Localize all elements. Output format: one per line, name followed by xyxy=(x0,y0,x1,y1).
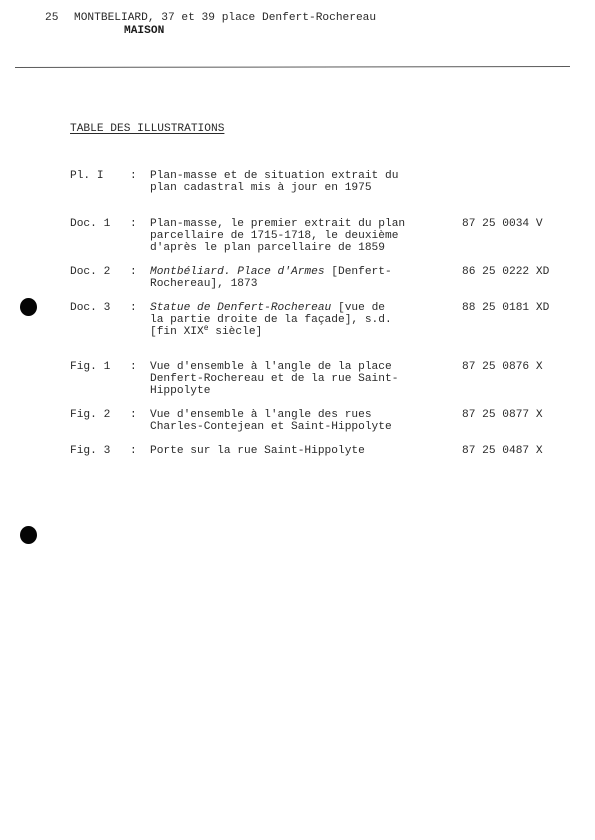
entry-separator: : xyxy=(130,302,137,314)
description-line: plan cadastral mis à jour en 1975 xyxy=(150,182,440,194)
entry-description: Plan-masse et de situation extrait du pl… xyxy=(150,170,440,194)
description-line: d'après le plan parcellaire de 1859 xyxy=(150,242,440,254)
entry-label: Doc. 2 xyxy=(70,266,110,278)
entry-description: Statue de Denfert-Rochereau [vue de la p… xyxy=(150,302,440,338)
entry-label: Pl. I xyxy=(70,170,104,182)
description-line: Montbéliard. Place d'Armes [Denfert- xyxy=(150,266,440,278)
entry-label: Doc. 3 xyxy=(70,302,110,314)
entry-reference: 88 25 0181 XD xyxy=(462,302,549,314)
location-title: MONTBELIARD, 37 et 39 place Denfert-Roch… xyxy=(74,12,376,24)
date-suffix: siècle] xyxy=(209,326,263,338)
entry-reference: 86 25 0222 XD xyxy=(462,266,549,278)
description-line: Rochereau], 1873 xyxy=(150,278,440,290)
building-type: MAISON xyxy=(124,25,164,37)
entry-description: Porte sur la rue Saint-Hippolyte xyxy=(150,445,440,457)
description-line: la partie droite de la façade], s.d. xyxy=(150,314,440,326)
entry-label: Fig. 2 xyxy=(70,409,110,421)
punch-hole-icon xyxy=(20,526,37,544)
entry-separator: : xyxy=(130,409,137,421)
entry-description: Montbéliard. Place d'Armes [Denfert- Roc… xyxy=(150,266,440,290)
header-divider xyxy=(15,66,570,68)
entry-separator: : xyxy=(130,218,137,230)
title-note: [Denfert- xyxy=(325,266,392,278)
punch-hole-icon xyxy=(20,298,37,316)
description-line: Vue d'ensemble à l'angle de la place xyxy=(150,361,440,373)
entry-separator: : xyxy=(130,445,137,457)
description-line: Statue de Denfert-Rochereau [vue de xyxy=(150,302,440,314)
entry-separator: : xyxy=(130,361,137,373)
entry-reference: 87 25 0034 V xyxy=(462,218,543,230)
document-title: Statue de Denfert-Rochereau xyxy=(150,302,331,314)
description-line: [fin XIXe siècle] xyxy=(150,326,440,338)
entry-reference: 87 25 0877 X xyxy=(462,409,543,421)
date-prefix: [fin XIX xyxy=(150,326,204,338)
description-line: Denfert-Rochereau et de la rue Saint- xyxy=(150,373,440,385)
title-note: [vue de xyxy=(331,302,385,314)
entry-separator: : xyxy=(130,266,137,278)
entry-reference: 87 25 0876 X xyxy=(462,361,543,373)
entry-reference: 87 25 0487 X xyxy=(462,445,543,457)
description-line: parcellaire de 1715-1718, le deuxième xyxy=(150,230,440,242)
description-line: Plan-masse, le premier extrait du plan xyxy=(150,218,440,230)
document-title: Montbéliard. Place d'Armes xyxy=(150,266,325,278)
department-code: 25 xyxy=(45,12,58,24)
entry-description: Vue d'ensemble à l'angle de la place Den… xyxy=(150,361,440,397)
entry-separator: : xyxy=(130,170,137,182)
description-line: Porte sur la rue Saint-Hippolyte xyxy=(150,445,440,457)
entry-label: Doc. 1 xyxy=(70,218,110,230)
description-line: Hippolyte xyxy=(150,385,440,397)
entry-label: Fig. 3 xyxy=(70,445,110,457)
description-line: Charles-Contejean et Saint-Hippolyte xyxy=(150,421,440,433)
section-title: TABLE DES ILLUSTRATIONS xyxy=(70,123,224,135)
entry-label: Fig. 1 xyxy=(70,361,110,373)
description-line: Plan-masse et de situation extrait du xyxy=(150,170,440,182)
description-line: Vue d'ensemble à l'angle des rues xyxy=(150,409,440,421)
entry-description: Vue d'ensemble à l'angle des rues Charle… xyxy=(150,409,440,433)
entry-description: Plan-masse, le premier extrait du plan p… xyxy=(150,218,440,254)
